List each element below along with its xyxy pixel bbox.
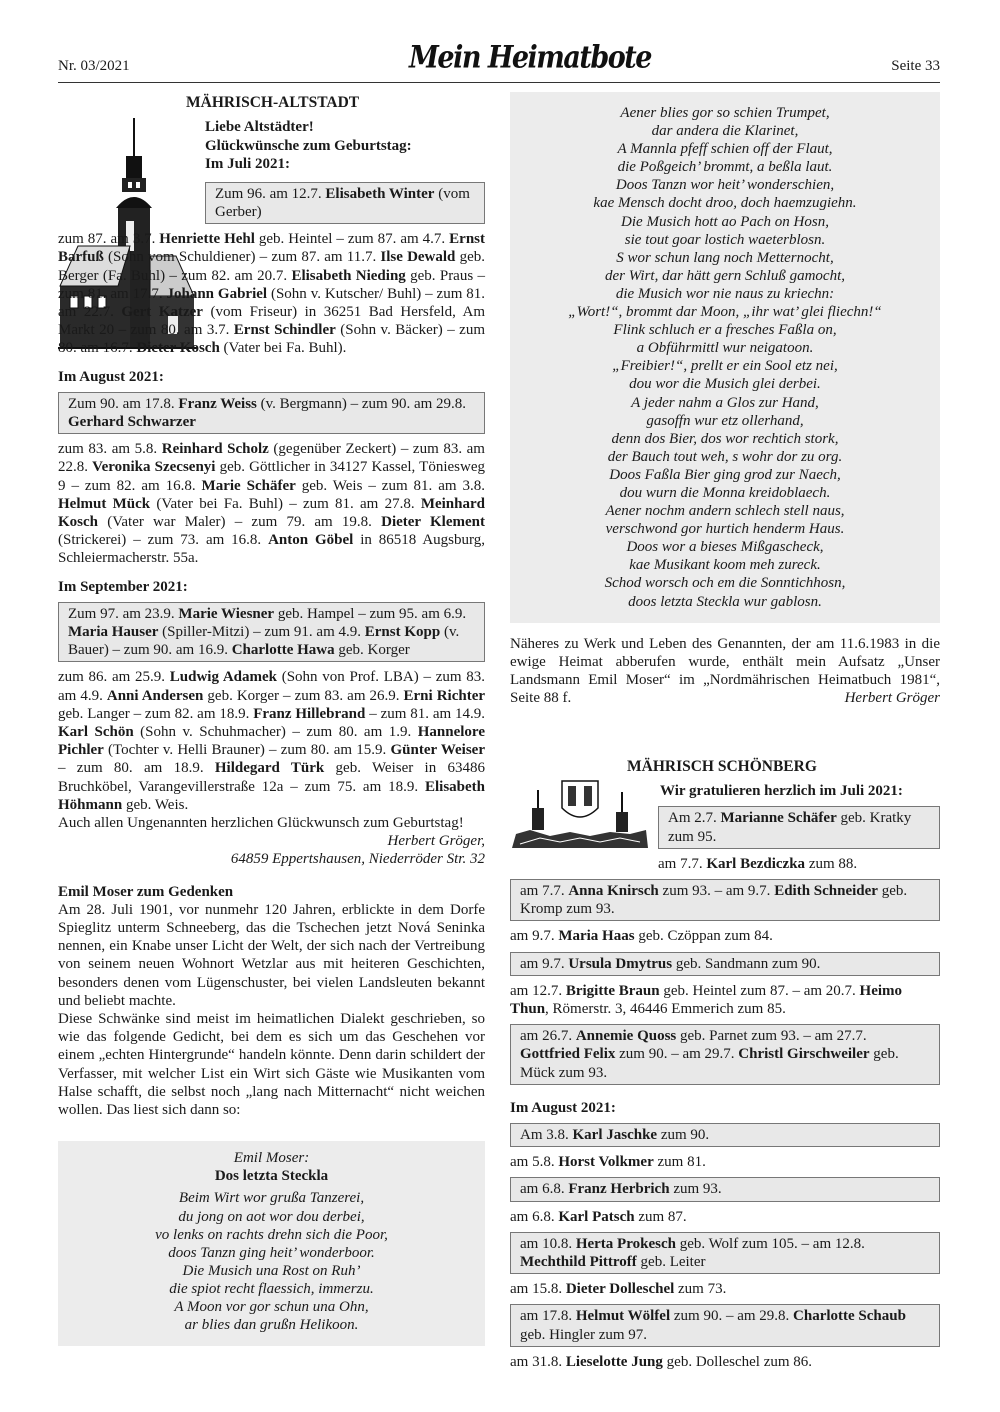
person-name: Christl Girschweiler — [738, 1046, 869, 1062]
poem-line: der Bauch tout weh, s wohr dor zu org. — [510, 448, 940, 466]
person-name: Franz Hillebrand — [253, 706, 365, 722]
person-name: Gert Katzer — [121, 304, 203, 320]
person-name: Karl Jaschke — [573, 1127, 658, 1143]
person-name: Maria Haas — [558, 928, 634, 944]
person-name: Veronika Szecsenyi — [92, 459, 215, 475]
person-name: Dieter Dolleschel — [566, 1281, 674, 1297]
person-name: Brigitte Braun — [566, 983, 660, 999]
closing-wish: Auch allen Ungenannten herzlichen Glückw… — [58, 814, 485, 832]
signature-address: 64859 Eppertshausen, Niederröder Str. 32 — [58, 850, 485, 868]
person-name: Johann Gabriel — [166, 286, 267, 302]
person-name: Maria Hauser — [68, 624, 158, 640]
person-name: Ernst Schindler — [234, 322, 336, 338]
poem-line: die Musich wor nie naus zu kriechn: — [510, 285, 940, 303]
month-heading-august-schoenberg: Im August 2021: — [510, 1099, 940, 1117]
poem-line: verschwond gor hurtich henderm Haus. — [510, 520, 940, 538]
person-name: Dieter Kosch — [136, 340, 219, 356]
person-name: Helmut Wölfel — [576, 1308, 670, 1324]
person-name: Elisabeth Höhmann — [58, 779, 485, 813]
birthday-entry: am 15.8. Dieter Dolleschel zum 73. — [510, 1280, 940, 1298]
person-name: Mechthild Pittroff — [520, 1254, 637, 1270]
person-name: Ursula Dmytrus — [568, 956, 672, 972]
person-name: Gerhard Schwarzer — [68, 414, 196, 430]
person-name: Ilse Dewald — [380, 249, 455, 265]
person-name: Elisabeth Nieding — [291, 268, 405, 284]
left-column: MÄHRISCH-ALTSTADT Liebe Altstädter! Glüc… — [58, 92, 485, 1346]
person-name: Ernst Kopp — [365, 624, 440, 640]
poem-line: die spiot recht flaessich, immerzu. — [58, 1280, 485, 1298]
poem-line: Doos Tanzn wor heit’ wonderschien, — [510, 176, 940, 194]
highlight-entry: Am 2.7. Marianne Schäfer geb. Kratky zum… — [658, 806, 940, 848]
poem-line: Flink schluch er a fresches Faßla on, — [510, 321, 940, 339]
poem-line: „Freibier!“, prellt er ein Sool etz nei, — [510, 357, 940, 375]
person-name: Hildegard Türk — [215, 760, 324, 776]
section-title-altstadt: MÄHRISCH-ALTSTADT — [186, 94, 485, 112]
poem-line: Doos Faßla Bier ging grod zur Naech, — [510, 466, 940, 484]
poem-line: Schod worsch och em die Sonntichhosn, — [510, 574, 940, 592]
birthday-list-september: zum 86. am 25.9. Ludwig Adamek (Sohn von… — [58, 668, 485, 814]
poem-line: „Wort!“, brommt dar Moon, „ihr wat’ glei… — [510, 303, 940, 321]
afterword-signature: Herbert Gröger — [510, 689, 940, 707]
poem-title: Dos letzta Steckla — [58, 1167, 485, 1185]
poem-line: kae Musikant koom meh zureck. — [510, 556, 940, 574]
poem-line: Aener nochm andern schlech stell naus, — [510, 502, 940, 520]
poem-line: dar andera die Klarinet, — [510, 122, 940, 140]
signature-name: Herbert Gröger, — [58, 832, 485, 850]
highlight-box-august: Zum 90. am 17.8. Franz Weiss (v. Bergman… — [58, 392, 485, 434]
person-name: Marianne Schäfer — [721, 810, 837, 826]
greeting-line: Liebe Altstädter! — [205, 118, 485, 137]
birthday-entry: am 7.7. Karl Bezdiczka zum 88. — [658, 855, 940, 873]
person-name: Erni Richter — [404, 688, 486, 704]
person-name: Reinhard Scholz — [162, 441, 269, 457]
person-name: Edith Schneider — [774, 883, 878, 899]
person-name: Charlotte Schaub — [793, 1308, 906, 1324]
newspaper-page: Nr. 03/2021 Mein Heimatbote Seite 33 MÄH… — [0, 0, 1000, 1412]
poem-line: dou wurn die Monna kreidoblaech. — [510, 484, 940, 502]
poem-line: doos letzta Steckla wur gablosn. — [510, 593, 940, 611]
highlight-entry: am 6.8. Franz Herbrich zum 93. — [510, 1177, 940, 1201]
schoenberg-subtitle: Wir gratulieren herzlich im Juli 2021: — [660, 782, 940, 801]
poem-line: doos Tanzn ging heit’ wonderboor. — [58, 1244, 485, 1262]
poem-line: S wor schun lang noch Metternocht, — [510, 249, 940, 267]
highlight-entry: am 17.8. Helmut Wölfel zum 90. – am 29.8… — [510, 1304, 940, 1346]
person-name: Lieselotte Jung — [566, 1354, 663, 1370]
page-header: Nr. 03/2021 Mein Heimatbote Seite 33 — [58, 42, 940, 83]
schoenberg-august-list: Am 3.8. Karl Jaschke zum 90.am 5.8. Hors… — [510, 1123, 940, 1371]
section-title-schoenberg: MÄHRISCH SCHÖNBERG — [510, 758, 940, 776]
person-name: Charlotte Hawa — [232, 642, 335, 658]
birthday-entry: am 12.7. Brigitte Braun geb. Heintel zum… — [510, 982, 940, 1018]
birthday-entry: am 5.8. Horst Volkmer zum 81. — [510, 1153, 940, 1171]
poem-line: Die Musich una Rost on Ruh’ — [58, 1262, 485, 1280]
poem-line: Die Musich hott ao Pach on Hosn, — [510, 213, 940, 231]
highlight-entry: am 26.7. Annemie Quoss geb. Parnet zum 9… — [510, 1024, 940, 1085]
person-name: Karl Bezdiczka — [706, 856, 805, 872]
poem-line: denn dos Bier, dos wor rechtich stork, — [510, 430, 940, 448]
person-name: Marie Wiesner — [178, 606, 274, 622]
poem-line: gasoffn wur etz ollerhand, — [510, 412, 940, 430]
poem-box-part1: Emil Moser: Dos letzta Steckla Beim Wirt… — [58, 1141, 485, 1346]
masthead-logo: Mein Heimatbote — [409, 40, 651, 76]
poem-line: dou wor die Musich glei derbei. — [510, 375, 940, 393]
birthday-entry: am 31.8. Lieselotte Jung geb. Dolleschel… — [510, 1353, 940, 1371]
person-name: Franz Herbrich — [568, 1181, 669, 1197]
town-coat-of-arms-illustration-icon — [510, 778, 650, 853]
page-number: Seite 33 — [891, 58, 940, 75]
person-name: Elisabeth Winter — [325, 186, 434, 202]
birthday-entry: am 6.8. Karl Patsch zum 87. — [510, 1208, 940, 1226]
poem-line: Doos wor a bieses Mißgascheck, — [510, 538, 940, 556]
person-name: Horst Volkmer — [558, 1154, 653, 1170]
poem-line: der Wirt, dar hätt gern Schluß gamocht, — [510, 267, 940, 285]
poem-author: Emil Moser: — [58, 1149, 485, 1167]
highlight-entry: am 7.7. Anna Knirsch zum 93. – am 9.7. E… — [510, 879, 940, 921]
poem-line: die Poßgeich’ brommt, a beßla laut. — [510, 158, 940, 176]
person-name: Helmut Mück — [58, 496, 150, 512]
poem-line: A Mannla pfeff schien off der Flaut, — [510, 140, 940, 158]
poem-lines: Beim Wirt wor grußa Tanzerei,du jong on … — [58, 1189, 485, 1334]
article-title-moser: Emil Moser zum Gedenken — [58, 883, 485, 901]
highlight-entry: Am 3.8. Karl Jaschke zum 90. — [510, 1123, 940, 1147]
poem-line: vo lenks on rachts drehn sich die Poor, — [58, 1226, 485, 1244]
article-paragraph: Diese Schwänke sind meist im heimatliche… — [58, 1010, 485, 1119]
birthday-list-july: zum 87. am 3.7. Henriette Hehl geb. Hein… — [58, 230, 485, 357]
person-name: Karl Schön — [58, 724, 134, 740]
highlight-entry: am 9.7. Ursula Dmytrus geb. Sandmann zum… — [510, 952, 940, 976]
issue-number: Nr. 03/2021 — [58, 58, 130, 75]
person-name: Franz Weiss — [178, 396, 256, 412]
person-name: Marie Schäfer — [202, 478, 296, 494]
poem-box-part2: Aener blies gor so schien Trumpet,dar an… — [510, 92, 940, 623]
poem-line: ar blies dan grußn Helikoon. — [58, 1316, 485, 1334]
right-column: Aener blies gor so schien Trumpet,dar an… — [510, 92, 940, 1375]
poem-line: sie tout goar lostich waeterblosn. — [510, 231, 940, 249]
article-paragraph: Am 28. Juli 1901, vor nunmehr 120 Jahren… — [58, 901, 485, 1010]
person-name: Henriette Hehl — [159, 231, 255, 247]
month-heading-august: Im August 2021: — [58, 368, 485, 386]
poem-line: a Obführmittl wur neigatoon. — [510, 339, 940, 357]
person-name: Anton Göbel — [268, 532, 353, 548]
person-name: Herta Prokesch — [576, 1236, 676, 1252]
poem-line: A jeder nahm a Glos zur Hand, — [510, 394, 940, 412]
person-name: Günter Weiser — [391, 742, 485, 758]
poem-line: Aener blies gor so schien Trumpet, — [510, 104, 940, 122]
person-name: Annemie Quoss — [576, 1028, 676, 1044]
poem-line: du jong on aot wor dou derbei, — [58, 1208, 485, 1226]
highlight-box-july: Zum 96. am 12.7. Elisabeth Winter (vom G… — [205, 182, 485, 224]
person-name: Anna Knirsch — [568, 883, 658, 899]
greeting-line: Glückwünsche zum Geburtstag: — [205, 137, 485, 156]
poem-line: kae Mensch docht droo, doch haemzugiehn. — [510, 194, 940, 212]
person-name: Karl Patsch — [558, 1209, 634, 1225]
person-name: Ludwig Adamek — [170, 669, 277, 685]
birthday-list-august: zum 83. am 5.8. Reinhard Scholz (gegenüb… — [58, 440, 485, 567]
person-name: Dieter Klement — [381, 514, 485, 530]
person-name: Gottfried Felix — [520, 1046, 615, 1062]
month-heading-july: Im Juli 2021: — [205, 155, 485, 174]
highlight-box-september: Zum 97. am 23.9. Marie Wiesner geb. Hamp… — [58, 602, 485, 663]
poem-line: A Moon vor gor schun una Ohn, — [58, 1298, 485, 1316]
birthday-entry: am 9.7. Maria Haas geb. Czöppan zum 84. — [510, 927, 940, 945]
poem-line: Beim Wirt wor grußa Tanzerei, — [58, 1189, 485, 1207]
person-name: Anni Andersen — [107, 688, 204, 704]
month-heading-september: Im September 2021: — [58, 578, 485, 596]
highlight-entry: am 10.8. Herta Prokesch geb. Wolf zum 10… — [510, 1232, 940, 1274]
